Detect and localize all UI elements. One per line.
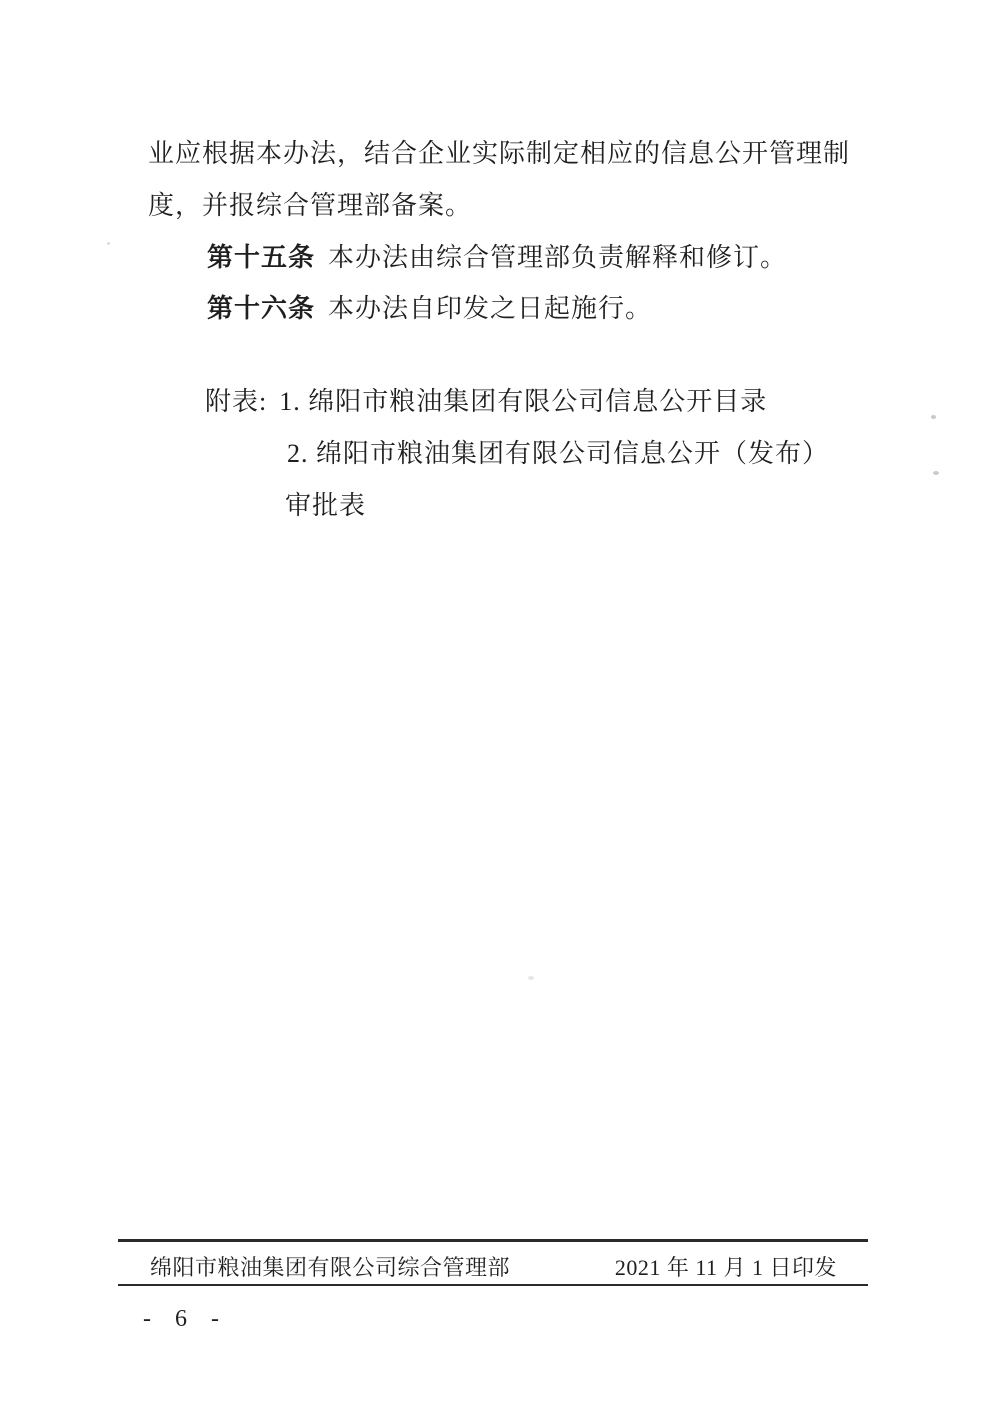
- document-page: 业应根据本办法，结合企业实际制定相应的信息公开管理制 度，并报综合管理部备案。 …: [0, 0, 1000, 1414]
- scan-speck: [107, 242, 110, 245]
- article-16-text: 本办法自印发之日起施行。: [328, 294, 652, 323]
- scan-speck: [933, 471, 939, 475]
- attachments-line-3: 审批表: [285, 491, 366, 521]
- footer-issuer: 绵阳市粮油集团有限公司综合管理部: [150, 1251, 510, 1282]
- article-15-text: 本办法由综合管理部负责解释和修订。: [328, 243, 787, 272]
- footer-rule-bottom: [118, 1284, 868, 1286]
- scan-speck: [931, 415, 936, 419]
- article-16-label: 第十六条: [207, 294, 315, 323]
- attachments-line-2: 2. 绵阳市粮油集团有限公司信息公开（发布）: [287, 439, 829, 469]
- attachment-item-1: 1. 绵阳市粮油集团有限公司信息公开目录: [279, 387, 767, 416]
- article-15-label: 第十五条: [207, 243, 315, 272]
- attachments-label: 附表:: [205, 387, 267, 416]
- body-paragraph-line-1: 业应根据本办法，结合企业实际制定相应的信息公开管理制: [148, 139, 850, 169]
- footer-rule-top: [118, 1239, 868, 1242]
- scan-speck: [528, 976, 534, 980]
- page-number: - 6 -: [143, 1306, 228, 1333]
- body-paragraph-line-2: 度，并报综合管理部备案。: [148, 191, 472, 221]
- footer-print-date: 2021 年 11 月 1 日印发: [615, 1251, 837, 1282]
- attachments-line-1: 附表:1. 绵阳市粮油集团有限公司信息公开目录: [205, 387, 767, 417]
- article-16-line: 第十六条本办法自印发之日起施行。: [207, 294, 652, 324]
- article-15-line: 第十五条本办法由综合管理部负责解释和修订。: [207, 243, 787, 273]
